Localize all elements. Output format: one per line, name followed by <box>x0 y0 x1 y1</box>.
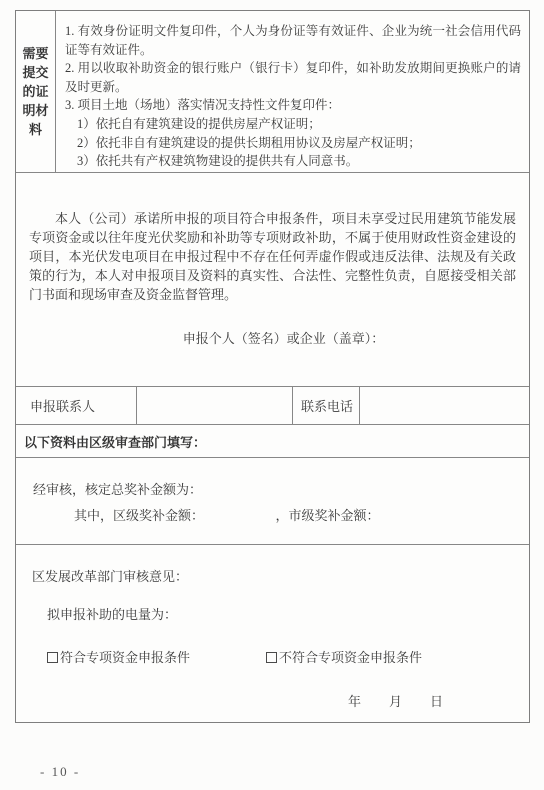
review-section-header-row: 以下资料由区级审查部门填写： <box>16 425 529 458</box>
qualification-checkbox-row: 符合专项资金申报条件 不符合专项资金申报条件 <box>47 648 529 667</box>
district-award-label: 其中，区级奖补金额： <box>74 508 198 523</box>
award-amounts-row: 经审核，核定总奖补金额为： 其中，区级奖补金额：，市级奖补金额： <box>16 458 529 545</box>
city-award-label: ，市级奖补金额： <box>276 508 380 523</box>
materials-subitem-1: 1）依托自有建筑建设的提供房屋产权证明； <box>65 115 521 134</box>
total-award-line: 经审核，核定总奖补金额为： <box>33 480 529 499</box>
materials-header-line: 的证 <box>22 82 48 101</box>
materials-header-line: 明材 <box>22 101 48 120</box>
materials-list: 1. 有效身份证明文件复印件，个人为身份证等有效证件、企业为统一社会信用代码证等… <box>56 11 529 172</box>
review-opinion-row: 区发展改革部门审核意见： 拟申报补助的电量为： 符合专项资金申报条件 不符合专项… <box>16 545 529 722</box>
review-opinion-title: 区发展改革部门审核意见： <box>32 567 529 586</box>
contact-row: 申报联系人 联系电话 <box>16 387 529 425</box>
materials-header-line: 提交 <box>22 63 48 82</box>
date-year-label: 年 <box>348 692 361 711</box>
page-number: - 10 - <box>40 764 80 780</box>
materials-item-3: 3. 项目土地（场地）落实情况支持性文件复印件： <box>65 96 521 115</box>
declared-power-line: 拟申报补助的电量为： <box>47 605 529 624</box>
checkbox-icon[interactable] <box>47 652 58 663</box>
materials-row: 需要 提交 的证 明材 料 1. 有效身份证明文件复印件，个人为身份证等有效证件… <box>16 11 529 173</box>
materials-header-line: 需要 <box>22 44 48 63</box>
commitment-row: 本人（公司）承诺所申报的项目符合申报条件，项目未享受过民用建筑节能发展专项资金或… <box>16 173 529 387</box>
document-page: 需要 提交 的证 明材 料 1. 有效身份证明文件复印件，个人为身份证等有效证件… <box>0 0 544 790</box>
materials-item-1: 1. 有效身份证明文件复印件，个人为身份证等有效证件、企业为统一社会信用代码证等… <box>65 22 521 59</box>
checkbox-option-unqualified[interactable]: 不符合专项资金申报条件 <box>266 648 422 667</box>
date-line: 年 月 日 <box>32 692 529 711</box>
commitment-paragraph: 本人（公司）承诺所申报的项目符合申报条件，项目未享受过民用建筑节能发展专项资金或… <box>29 209 516 304</box>
checkbox-qualified-label: 符合专项资金申报条件 <box>60 648 190 667</box>
contact-name-label: 申报联系人 <box>16 387 137 424</box>
date-month-label: 月 <box>389 692 402 711</box>
sub-award-line: 其中，区级奖补金额：，市级奖补金额： <box>33 506 529 525</box>
date-day-label: 日 <box>430 692 443 711</box>
materials-item-2: 2. 用以收取补助资金的银行账户（银行卡）复印件，如补助发放期间更换账户的请及时… <box>65 59 521 96</box>
materials-subitem-2: 2）依托非自有建筑建设的提供长期租用协议及房屋产权证明； <box>65 134 521 153</box>
contact-name-field[interactable] <box>137 387 293 424</box>
checkbox-option-qualified[interactable]: 符合专项资金申报条件 <box>47 648 190 667</box>
signature-line: 申报个人（签名）或企业（盖章）： <box>29 328 516 347</box>
contact-phone-label: 联系电话 <box>293 387 360 424</box>
review-section-header: 以下资料由区级审查部门填写： <box>24 432 206 451</box>
application-form-table: 需要 提交 的证 明材 料 1. 有效身份证明文件复印件，个人为身份证等有效证件… <box>15 10 530 723</box>
checkbox-unqualified-label: 不符合专项资金申报条件 <box>279 648 422 667</box>
materials-subitem-3: 3）依托共有产权建筑物建设的提供共有人同意书。 <box>65 152 521 171</box>
materials-header-line: 料 <box>29 120 42 139</box>
checkbox-icon[interactable] <box>266 652 277 663</box>
contact-phone-field[interactable] <box>360 387 529 424</box>
materials-header-cell: 需要 提交 的证 明材 料 <box>16 11 56 172</box>
